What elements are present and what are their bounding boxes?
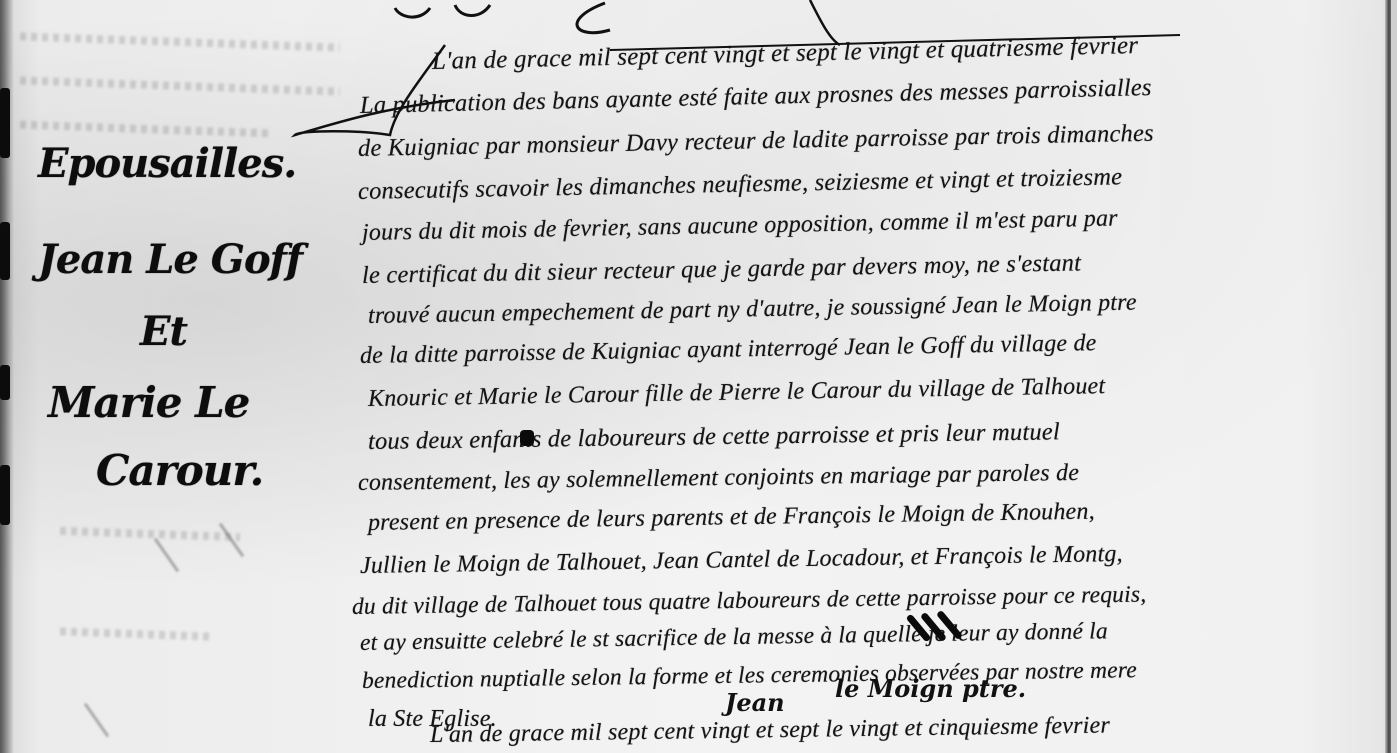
body-line: le certificat du dit sieur recteur que j… [362,249,1082,290]
body-line: trouvé aucun empechement de part ny d'au… [368,290,1137,330]
next-entry-line: L'an de grace mil sept cent vingt et sep… [430,713,1110,749]
signature-priest: le Moign ptre. [835,674,1026,703]
body-line: consecutifs scavoir les dimanches neufie… [358,163,1123,206]
body-line: Knouric et Marie le Carour fille de Pier… [368,373,1106,413]
body-line: et ay ensuitte celebré le st sacrifice d… [360,618,1108,657]
body-line: de la ditte parroisse de Kuigniac ayant … [360,330,1097,370]
body-line: du dit village de Talhouet tous quatre l… [352,582,1147,621]
body-line: jours du dit mois de fevrier, sans aucun… [362,205,1118,247]
document-scan: Epousailles. Jean Le Goff Et Marie Le Ca… [0,0,1397,753]
body-line: La publication des bans ayante esté fait… [360,74,1152,120]
manuscript-body: L'an de grace mil sept cent vingt et sep… [0,0,1397,753]
body-line: consentement, les ay solemnellement conj… [358,460,1079,497]
body-line: L'an de grace mil sept cent vingt et sep… [432,32,1139,76]
body-line: Jullien le Moign de Talhouet, Jean Cante… [360,541,1123,580]
body-line: present en presence de leurs parents et … [368,499,1095,537]
signature-jean: Jean [725,688,785,717]
ink-mark [520,430,534,446]
body-line: tous deux enfants de laboureurs de cette… [368,418,1060,456]
body-line: de Kuigniac par monsieur Davy recteur de… [358,120,1154,163]
